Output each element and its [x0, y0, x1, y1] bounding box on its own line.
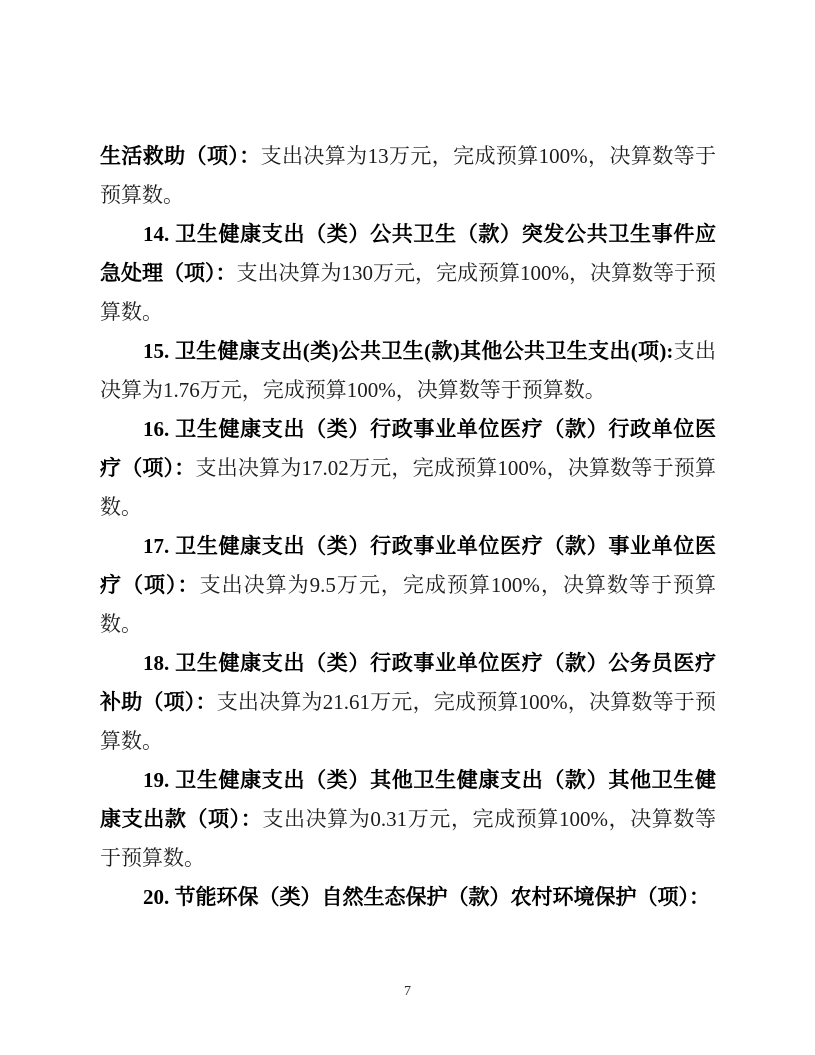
paragraph-13-continuation: 生活救助（项）：支出决算为13万元，完成预算100%，决算数等于预算数。: [100, 137, 716, 215]
paragraph-lead: 15. 卫生健康支出(类)公共卫生(款)其他公共卫生支出(项):: [143, 339, 673, 363]
paragraph-lead: 生活救助（项）：: [100, 144, 261, 168]
page-content: 生活救助（项）：支出决算为13万元，完成预算100%，决算数等于预算数。 14.…: [100, 137, 716, 917]
page-number: 7: [0, 984, 815, 1000]
document-page: 生活救助（项）：支出决算为13万元，完成预算100%，决算数等于预算数。 14.…: [0, 0, 815, 1055]
paragraph-20: 20. 节能环保（类）自然生态保护（款）农村环境保护（项）：: [100, 878, 716, 917]
paragraph-16: 16. 卫生健康支出（类）行政事业单位医疗（款）行政单位医疗（项）：支出决算为1…: [100, 410, 716, 527]
paragraph-15: 15. 卫生健康支出(类)公共卫生(款)其他公共卫生支出(项):支出决算为1.7…: [100, 332, 716, 410]
paragraph-lead: 20. 节能环保（类）自然生态保护（款）农村环境保护（项）：: [143, 885, 710, 909]
paragraph-17: 17. 卫生健康支出（类）行政事业单位医疗（款）事业单位医疗（项）：支出决算为9…: [100, 527, 716, 644]
paragraph-18: 18. 卫生健康支出（类）行政事业单位医疗（款）公务员医疗补助（项）：支出决算为…: [100, 644, 716, 761]
paragraph-14: 14. 卫生健康支出（类）公共卫生（款）突发公共卫生事件应急处理（项）：支出决算…: [100, 215, 716, 332]
paragraph-19: 19. 卫生健康支出（类）其他卫生健康支出（款）其他卫生健康支出款（项）：支出决…: [100, 761, 716, 878]
